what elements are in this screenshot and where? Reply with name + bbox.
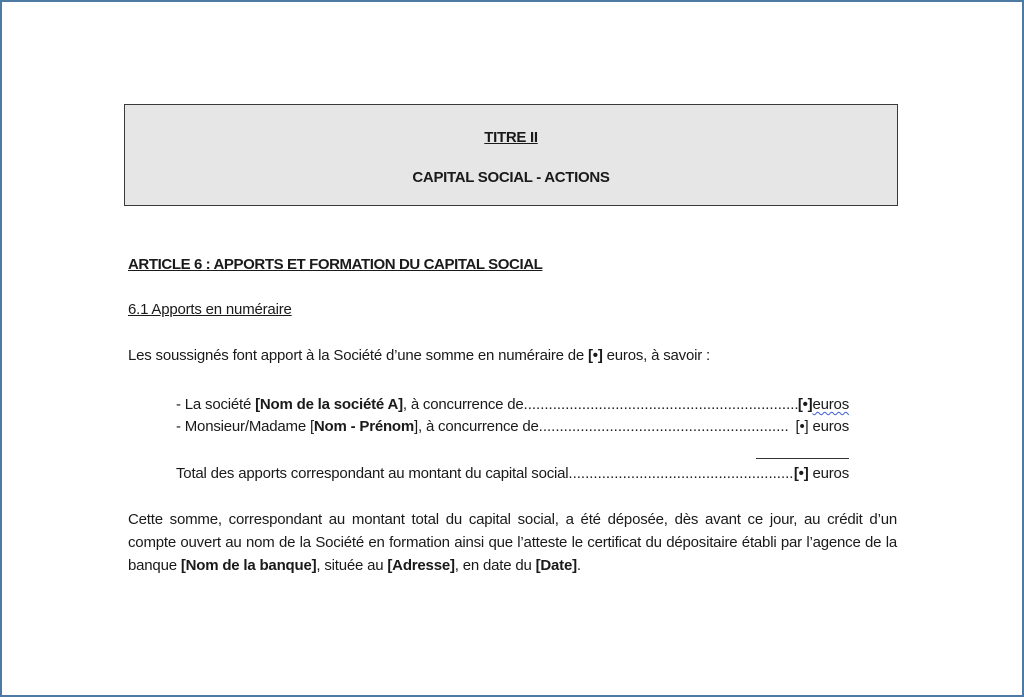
amount-placeholder: [•]	[588, 347, 603, 364]
paragraph-text: , située au	[316, 557, 387, 574]
section-title: 6.1 Apports en numéraire	[128, 299, 292, 321]
contribution-row: - Monsieur/Madame [Nom - Prénom], à conc…	[176, 416, 849, 438]
amount-placeholder: [•]	[798, 396, 813, 413]
total-amount: [•] euros	[794, 463, 849, 485]
page-frame: TITRE II CAPITAL SOCIAL - ACTIONS ARTICL…	[0, 0, 1024, 697]
company-name-placeholder: [Nom de la société A]	[255, 396, 403, 413]
person-name-placeholder: Nom - Prénom	[314, 418, 414, 435]
amount-unit: euros	[809, 465, 850, 482]
contribution-suffix: ], à concurrence de	[414, 418, 539, 435]
article-title: ARTICLE 6 : APPORTS ET FORMATION DU CAPI…	[128, 254, 542, 276]
dot-leader: ........................................…	[524, 394, 798, 416]
deposit-paragraph: Cette somme, correspondant au montant to…	[128, 508, 897, 577]
title-heading: TITRE II	[125, 129, 897, 146]
dot-leader: ........................................…	[568, 463, 793, 485]
title-box: TITRE II CAPITAL SOCIAL - ACTIONS	[124, 104, 898, 206]
total-rule	[756, 458, 849, 459]
amount-unit: euros	[809, 418, 850, 435]
intro-text-end: euros, à savoir :	[603, 347, 710, 364]
contribution-suffix: , à concurrence de	[403, 396, 524, 413]
address-placeholder: [Adresse]	[387, 557, 454, 574]
contribution-label: - La société [Nom de la société A], à co…	[176, 394, 524, 416]
amount-placeholder: [•]	[794, 465, 809, 482]
contribution-label: - Monsieur/Madame [Nom - Prénom], à conc…	[176, 416, 539, 438]
paragraph-text: , en date du	[455, 557, 536, 574]
amount-unit: euros	[812, 396, 849, 413]
contribution-prefix: - Monsieur/Madame [	[176, 418, 314, 435]
contribution-row: - La société [Nom de la société A], à co…	[176, 394, 849, 416]
title-subheading: CAPITAL SOCIAL - ACTIONS	[125, 169, 897, 186]
total-row: Total des apports correspondant au monta…	[176, 463, 849, 485]
dot-leader: ........................................…	[539, 416, 788, 438]
contribution-prefix: - La société	[176, 396, 255, 413]
intro-text: Les soussignés font apport à la Société …	[128, 347, 588, 364]
contribution-amount: [•] euros	[788, 416, 849, 438]
bank-name-placeholder: [Nom de la banque]	[181, 557, 317, 574]
contribution-amount: [•]euros	[798, 394, 849, 416]
date-placeholder: [Date]	[536, 557, 577, 574]
paragraph-text: .	[577, 557, 581, 574]
intro-line: Les soussignés font apport à la Société …	[128, 345, 710, 367]
amount-placeholder: [•]	[796, 418, 809, 435]
total-label: Total des apports correspondant au monta…	[176, 463, 568, 485]
